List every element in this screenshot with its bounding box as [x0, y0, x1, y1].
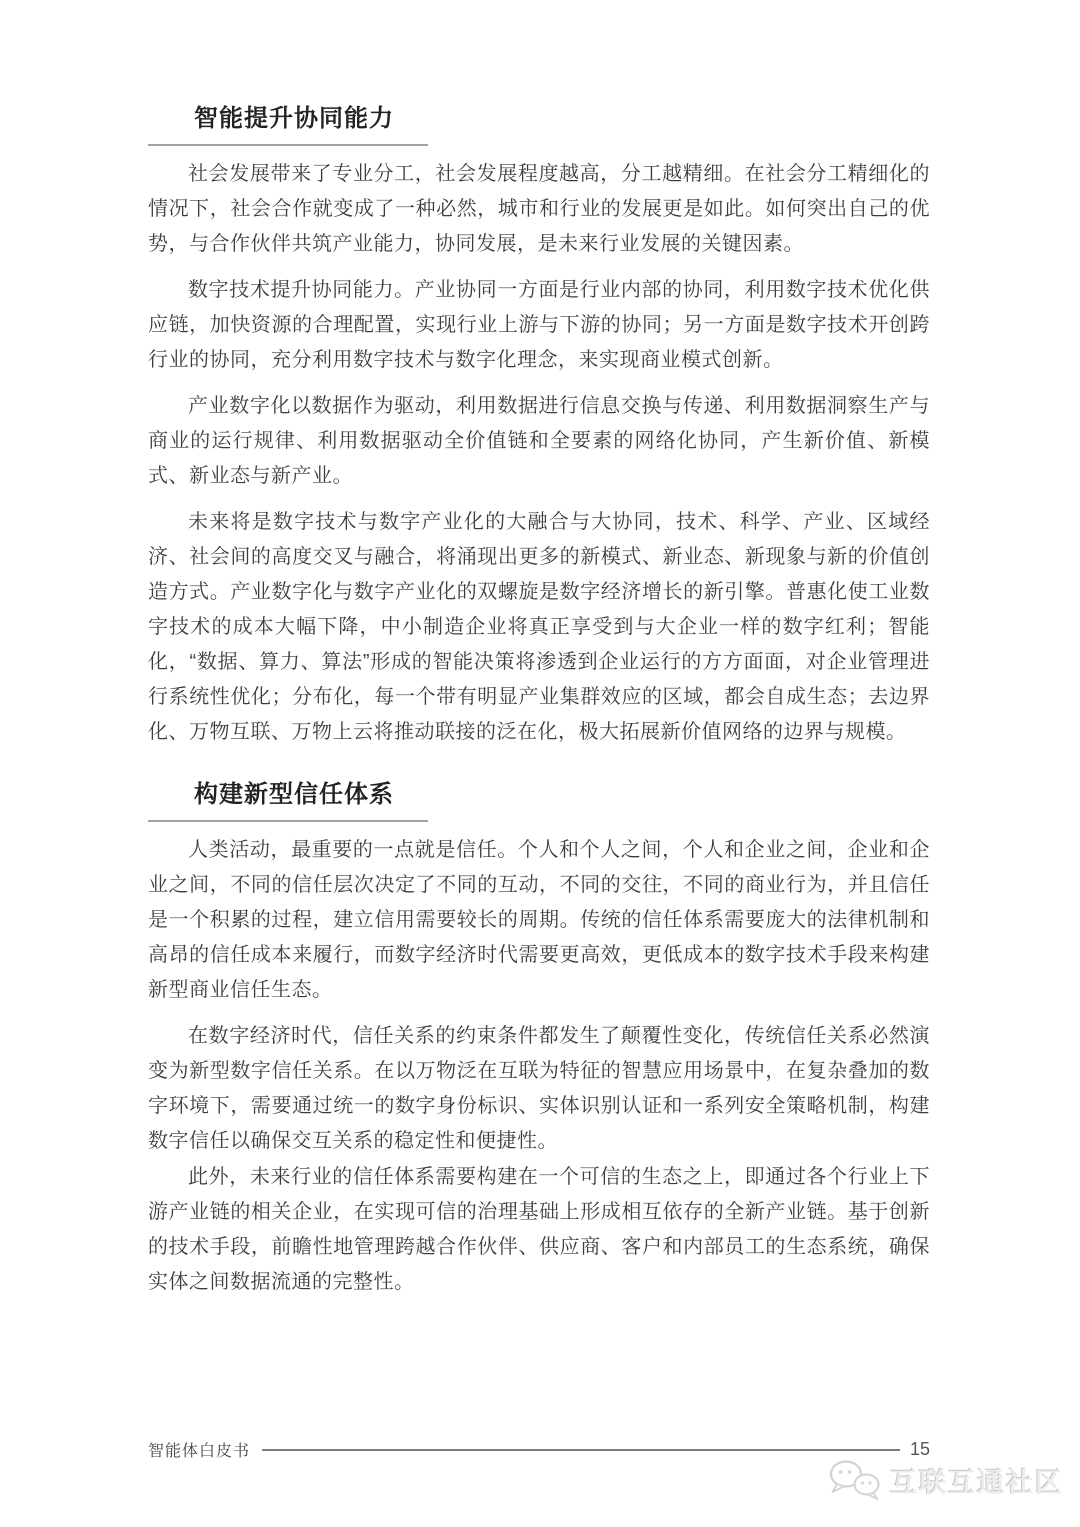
footer-rule [262, 1449, 900, 1451]
heading-underline [148, 144, 428, 146]
watermark: 互联互通社区 [828, 1458, 1064, 1502]
document-page: 智能提升协同能力 社会发展带来了专业分工，社会发展程度越高，分工越精细。在社会分… [0, 0, 1080, 1527]
paragraph: 在数字经济时代，信任关系的约束条件都发生了颠覆性变化，传统信任关系必然演变为新型… [148, 1019, 930, 1159]
paragraph: 数字技术提升协同能力。产业协同一方面是行业内部的协同，利用数字技术优化供应链，加… [148, 273, 930, 378]
page-number: 15 [910, 1439, 930, 1460]
paragraph: 产业数字化以数据作为驱动，利用数据进行信息交换与传递、利用数据洞察生产与商业的运… [148, 389, 930, 494]
footer-doc-title: 智能体白皮书 [148, 1438, 250, 1461]
watermark-text: 互联互通社区 [890, 1461, 1064, 1500]
document-content: 智能提升协同能力 社会发展带来了专业分工，社会发展程度越高，分工越精细。在社会分… [148, 103, 930, 1300]
paragraph: 社会发展带来了专业分工，社会发展程度越高，分工越精细。在社会分工精细化的情况下，… [148, 157, 930, 262]
section-heading: 智能提升协同能力 [148, 103, 930, 135]
section-heading: 构建新型信任体系 [148, 779, 930, 811]
paragraph: 未来将是数字技术与数字产业化的大融合与大协同，技术、科学、产业、区域经济、社会间… [148, 505, 930, 750]
paragraph: 人类活动，最重要的一点就是信任。个人和个人之间，个人和企业之间，企业和企业之间，… [148, 833, 930, 1008]
paragraph: 此外，未来行业的信任体系需要构建在一个可信的生态之上，即通过各个行业上下游产业链… [148, 1160, 930, 1300]
section-collaboration: 智能提升协同能力 社会发展带来了专业分工，社会发展程度越高，分工越精细。在社会分… [148, 103, 930, 750]
chat-bubbles-icon [828, 1458, 882, 1502]
section-trust-system: 构建新型信任体系 人类活动，最重要的一点就是信任。个人和个人之间，个人和企业之间… [148, 779, 930, 1300]
page-footer: 智能体白皮书 15 [148, 1438, 930, 1461]
heading-underline [148, 820, 428, 822]
